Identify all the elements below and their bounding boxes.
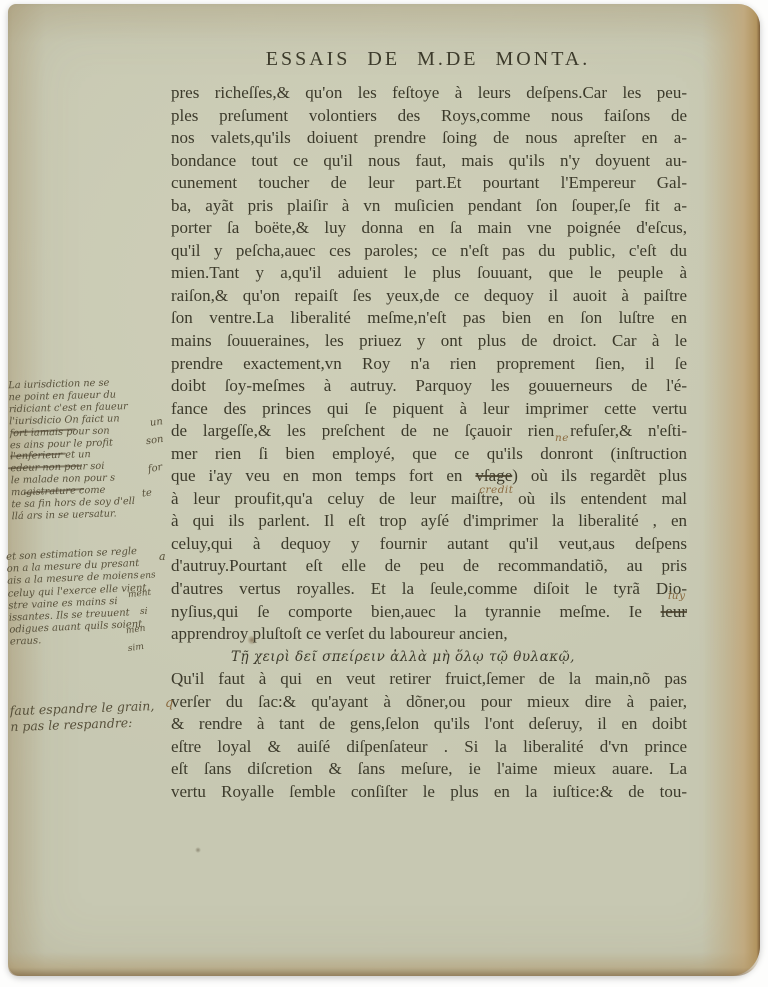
- text-line: ſon ventre.La liberalité meſme,n'eſt pas…: [171, 307, 687, 330]
- text-line: bondance tout ce qu'il nous faut, mais q…: [171, 150, 687, 173]
- text-line: eſtre loyal & auiſé diſpenſateur . Si la…: [171, 736, 687, 759]
- corrected-word-anchor: nedonront: [540, 444, 593, 463]
- body-line-vsage: que i'ay veu en mon temps fort en credit…: [171, 465, 687, 488]
- text-line: pres richeſſes,& qu'on les feſtoye à leu…: [171, 82, 687, 105]
- text-line: cunement toucher de leur part.Et pourtan…: [171, 172, 687, 195]
- marginalia-note-3: faut espandre le grain,n pas le respandr…: [9, 697, 190, 735]
- text-line: porter ſa boëte,& luy donna en ſa main v…: [171, 217, 687, 240]
- handwritten-correction-luy: luy: [668, 591, 686, 602]
- greek-quote-line: Τῇ χειρὶ δεῖ σπείρειν ἀλλὰ μὴ ὅλῳ τῷ θυλ…: [171, 646, 687, 669]
- text-line: d'autruy.Pourtant eſt elle de peu de rec…: [171, 555, 687, 578]
- struck-printed-word: leur: [661, 602, 687, 621]
- text-line: raiſon,& qu'on repaiſt ſes yeux,de ce de…: [171, 285, 687, 308]
- marginalia-note-2: et son estimation se regleon a la mesure…: [6, 544, 180, 649]
- line-text: nyſius,qui ſe comporte bien,auec la tyra…: [171, 602, 661, 621]
- text-line: doibt ſoy-meſmes à autruy. Parquoy les g…: [171, 375, 687, 398]
- handwritten-insertion-ne: ne: [555, 433, 569, 444]
- body-line-leur: nyſius,qui ſe comporte bien,auec la tyra…: [171, 601, 687, 624]
- text-line: vertu Royalle ſemble conſiſter le plus e…: [171, 781, 687, 804]
- text-line: à leur proufit,qu'a celuy de leur maiſtr…: [171, 488, 687, 511]
- margin-scribble: sim: [127, 643, 144, 654]
- text-line: de largeſſe,& les preſchent de ne ſçauoi…: [171, 420, 687, 443]
- text-line: fance des princes qui ſe piquent à leur …: [171, 398, 687, 421]
- body-lines-middle: à leur proufit,qu'a celuy de leur maiſtr…: [171, 488, 687, 601]
- text-line: nos valets,qu'ils doiuent prendre ſoing …: [171, 127, 687, 150]
- line-text: mer rien ſi bien employé, que ce qu'ils: [171, 444, 540, 463]
- text-line: mien.Tant y a,qu'il aduient le plus ſouu…: [171, 262, 687, 285]
- text-line: eſt ſans diſcretion & ſans meſure, ie l'…: [171, 758, 687, 781]
- text-line: Qu'il faut à qui en veut retirer fruict,…: [171, 668, 687, 691]
- handwritten-correction-credit: credit: [479, 485, 513, 496]
- page-fore-edge: [702, 4, 760, 976]
- line-text: que i'ay veu en mon temps fort en: [171, 466, 475, 485]
- body-line-verset: apprendroy pluſtoſt ce verſet du laboure…: [171, 623, 687, 646]
- text-line: ba, ayãt pris plaiſir à vn muſicien pend…: [171, 195, 687, 218]
- line-text: ) où ils regardẽt plus: [512, 466, 687, 485]
- body-lines-bottom: Qu'il faut à qui en veut retirer fruict,…: [171, 668, 687, 803]
- marginalia-note-1: La iurisdiction ne sene point en faueur …: [8, 376, 182, 523]
- text-line: & rendre à tant de gens,ſelon qu'ils l'o…: [171, 713, 687, 736]
- body-text: pres richeſſes,& qu'on les feſtoye à leu…: [171, 82, 687, 804]
- corrected-word-anchor: luyleur: [661, 602, 687, 621]
- body-line-donront: mer rien ſi bien employé, que ce qu'ils …: [171, 443, 687, 466]
- text-line: verſer du ſac:& qu'ayant à dõner,ou pour…: [171, 691, 687, 714]
- line-text: (inſtruction: [593, 444, 687, 463]
- body-lines-top: pres richeſſes,& qu'on les feſtoye à leu…: [171, 82, 687, 443]
- text-line: à qui ils parlent. Il eſt trop ayſé d'im…: [171, 510, 687, 533]
- text-line: celuy,qui à dequoy y fournir autant qu'i…: [171, 533, 687, 556]
- text-line: ples preſument volontiers des Roys,comme…: [171, 105, 687, 128]
- corrected-word-anchor: creditvſage: [475, 466, 512, 485]
- text-line: prendre exactement,vn Roy n'a rien propr…: [171, 353, 687, 376]
- printed-word: donront: [540, 444, 593, 463]
- page-bottom-edge: [8, 952, 760, 976]
- text-line: qu'il y peſcha,auec ces paroles; ce n'eſ…: [171, 240, 687, 263]
- page: ESSAIS DE M.DE MONTA. pres richeſſes,& q…: [8, 4, 760, 976]
- running-header: ESSAIS DE M.DE MONTA.: [168, 48, 688, 71]
- text-line: mains ſouueraines, les priuez y ont plus…: [171, 330, 687, 353]
- book-page-scan: ESSAIS DE M.DE MONTA. pres richeſſes,& q…: [0, 0, 768, 987]
- struck-printed-word: vſage: [475, 466, 512, 485]
- text-line: d'autres vertus royalles. Et la ſeule,co…: [171, 578, 687, 601]
